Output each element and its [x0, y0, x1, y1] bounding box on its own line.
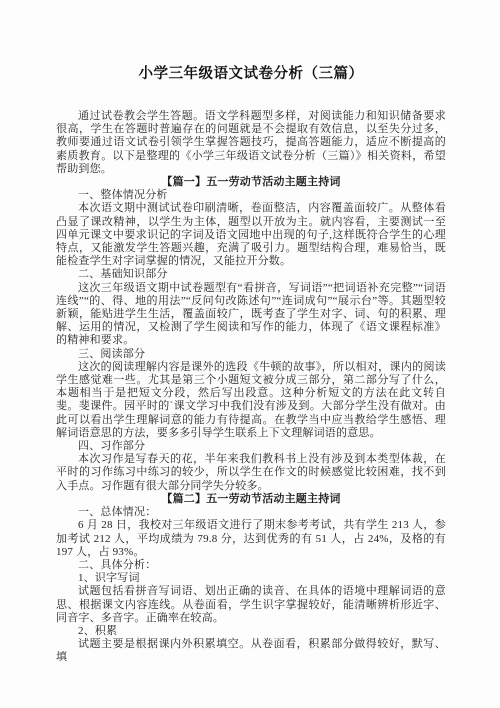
writing-paragraph: 本次习作是写春天的花，半年来我们教科书上没有涉及到本类型体裁，在平时的习作练习中… — [56, 453, 446, 493]
basic-knowledge-subheading: 二、基础知识部分 — [56, 268, 446, 281]
writing-subheading: 四、习作部分 — [56, 440, 446, 453]
overall-analysis-paragraph: 本次语文期中测试试卷印刷清晰，卷面整洁，内容覆盖面较广。从整体看凸显了课改精神，… — [56, 202, 446, 268]
general-situation-paragraph: 6 月 28 日，我校对三年级语文进行了期末参考考试，共有学生 213 人，参加… — [56, 519, 446, 559]
article-2-heading: 【篇二】五一劳动节活动主题主持词 — [56, 493, 446, 506]
reading-subheading: 三、阅读部分 — [56, 348, 446, 361]
document-title: 小学三年级语文试卷分析（三篇） — [56, 64, 446, 84]
accumulation-subheading: 2、积累 — [56, 625, 446, 638]
basic-knowledge-paragraph: 这次三年级语文期中试卷题型有“看拼音，写词语”“把词语补充完整”“词语连线”“的… — [56, 282, 446, 348]
reading-paragraph: 这次的阅读理解内容是课外的选段《牛顿的故事》，所以相对，课内的阅读学生感觉难一些… — [56, 361, 446, 440]
literacy-paragraph: 试题包括看拼音写词语、划出正确的读音、在具体的语境中理解词语的意思、根据课文内容… — [56, 585, 446, 625]
general-situation-subheading: 一、总体情况： — [56, 506, 446, 519]
accumulation-paragraph: 试题主要是根据课内外积累填空。从卷面看，积累部分做得较好，默写、填 — [56, 638, 446, 664]
overall-analysis-subheading: 一、整体情况分析 — [56, 189, 446, 202]
document-page: 小学三年级语文试卷分析（三篇） 通过试卷教会学生答题。语文学科题型多样，对阅读能… — [0, 0, 500, 708]
intro-paragraph: 通过试卷教会学生答题。语文学科题型多样，对阅读能力和知识储备要求很高，学生在答题… — [56, 110, 446, 176]
article-1-heading: 【篇一】五一劳动节活动主题主持词 — [56, 176, 446, 189]
literacy-subheading: 1、识字写词 — [56, 572, 446, 585]
detailed-analysis-subheading: 二、具体分析： — [56, 559, 446, 572]
